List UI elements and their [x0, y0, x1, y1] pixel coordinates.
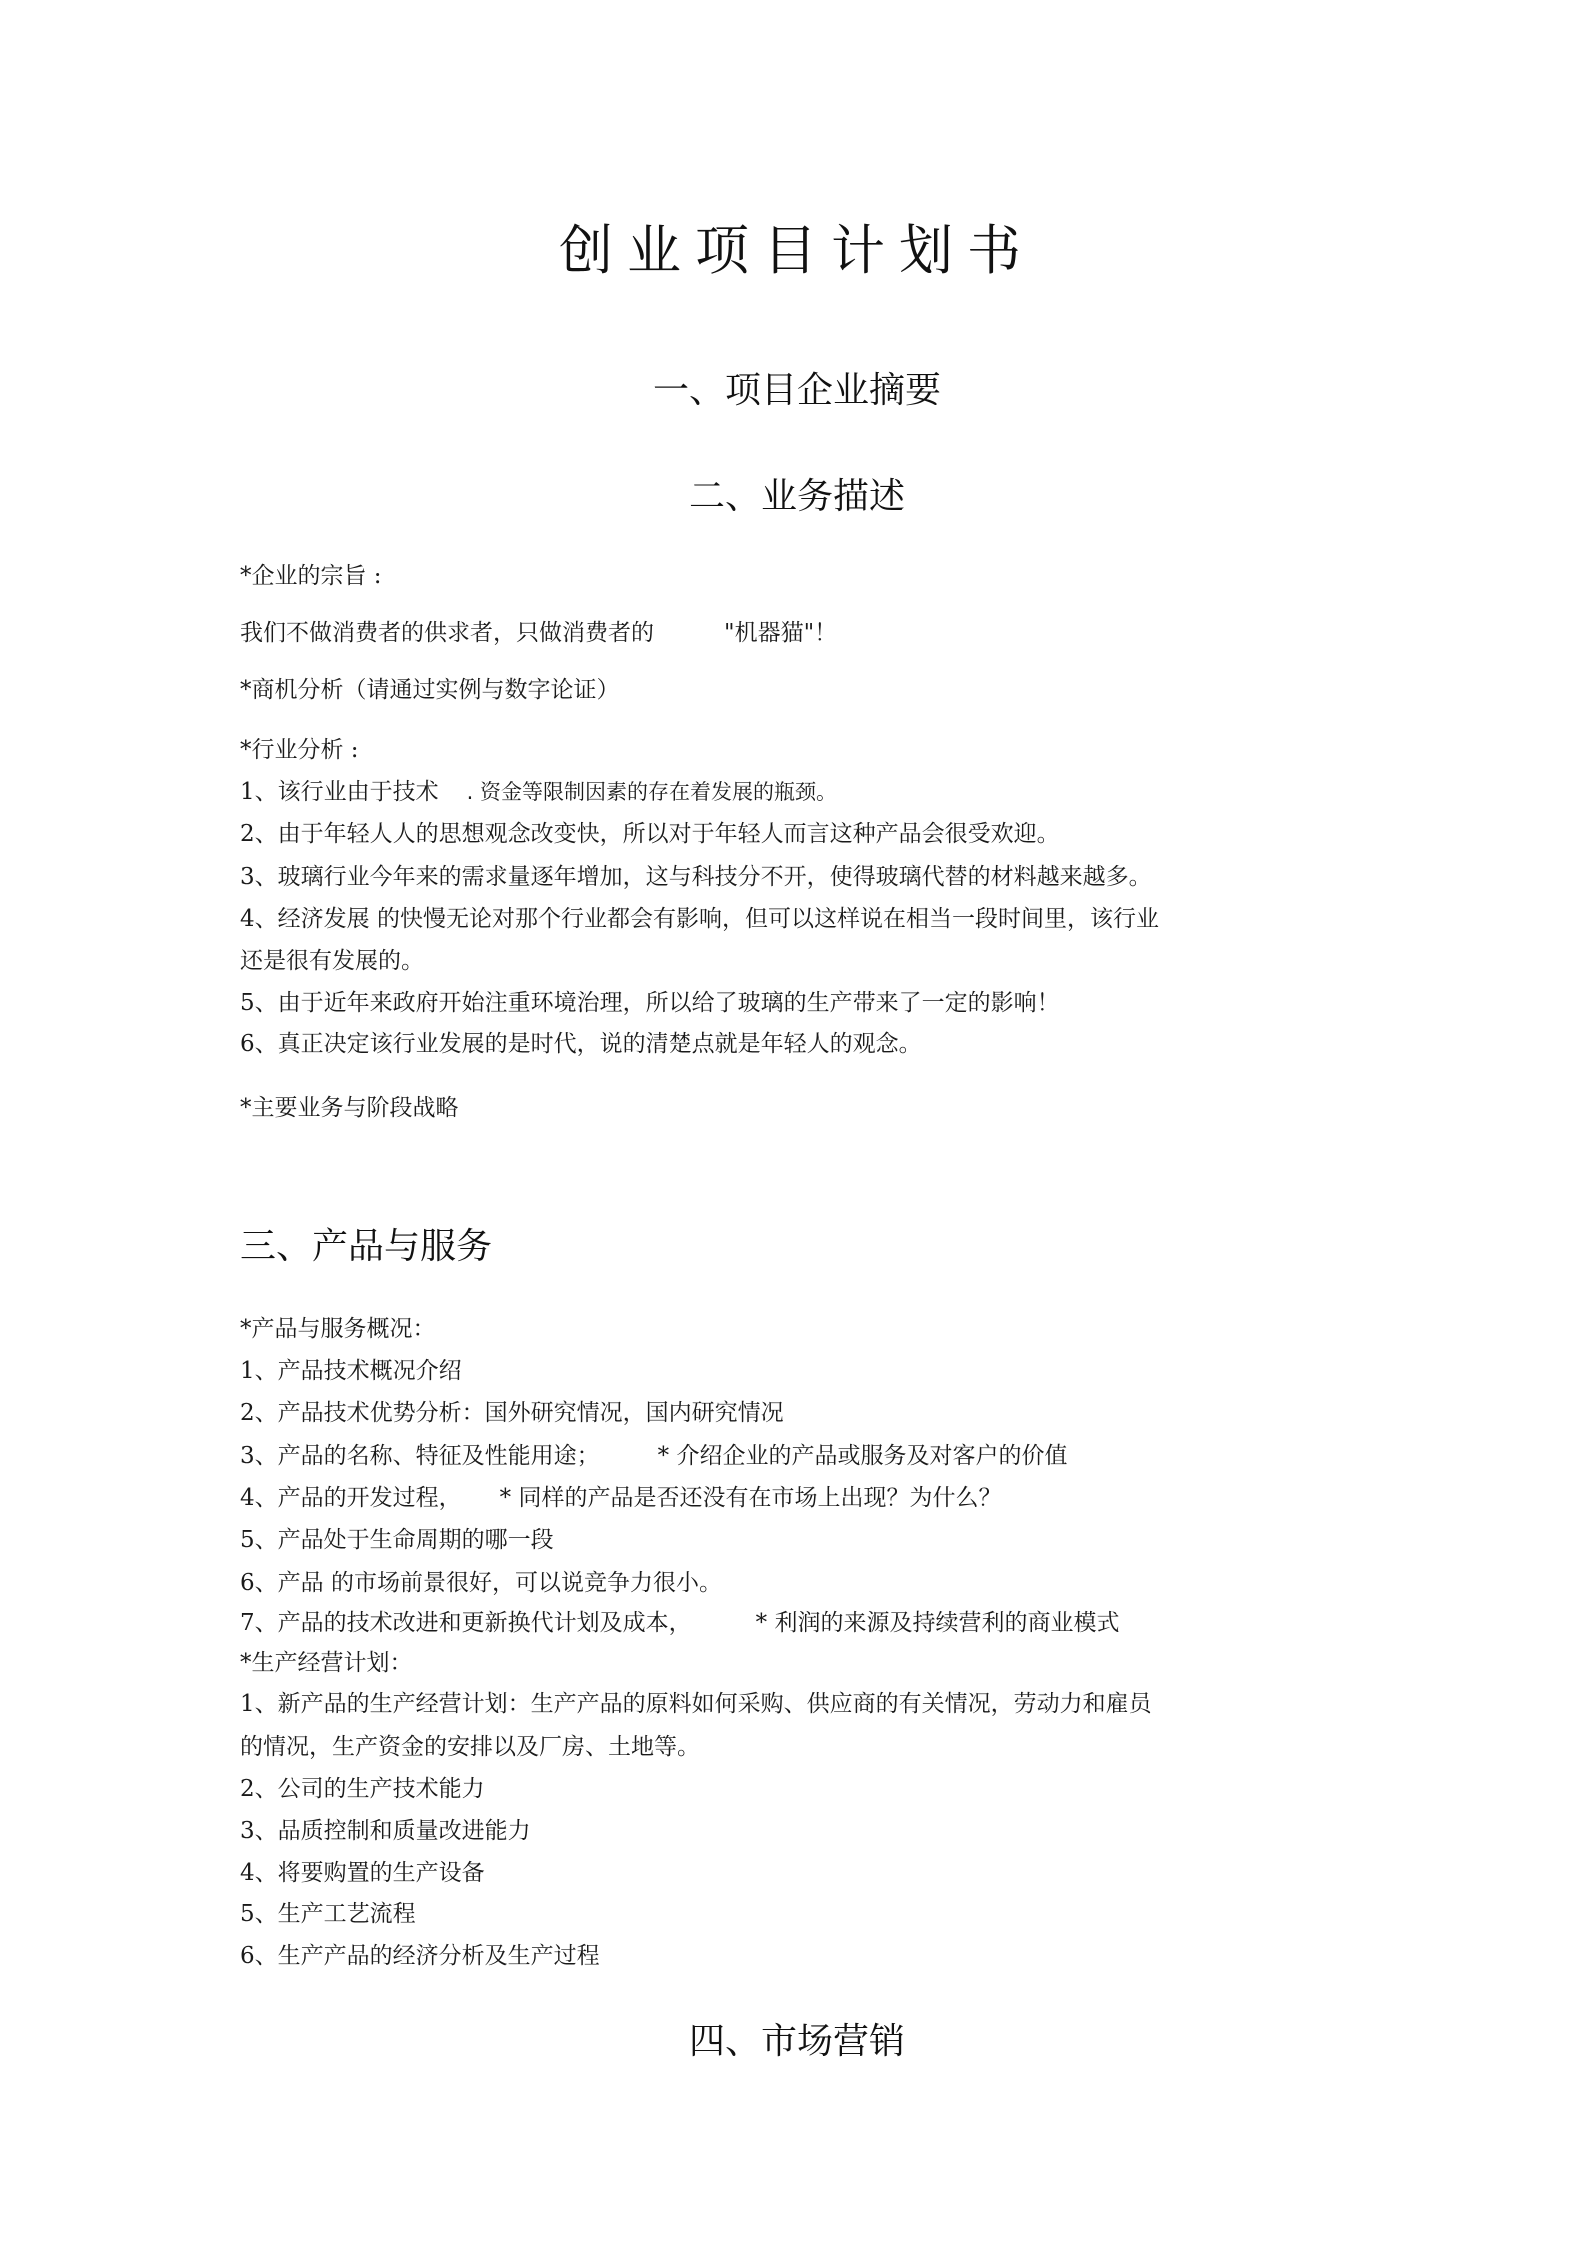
industry-item: 6、真正决定该行业发展的是时代，说的清楚点就是年轻人的观念。 — [240, 1025, 922, 1058]
document-page: 创业项目计划书 一、项目企业摘要 二、业务描述 *企业的宗旨 : 我们不做消费者… — [0, 0, 1594, 2255]
overview-item: 1、产品技术概况介绍 — [240, 1352, 462, 1385]
document-title: 创业项目计划书 — [0, 208, 1594, 285]
production-item: 5、生产工艺流程 — [240, 1895, 416, 1928]
industry-item: 2、由于年轻人人的思想观念改变快，所以对于年轻人而言这种产品会很受欢迎。 — [240, 815, 1060, 848]
production-item: 4、将要购置的生产设备 — [240, 1854, 485, 1887]
industry-label: *行业分析 : — [240, 731, 359, 764]
overview-item: 5、产品处于生命周期的哪一段 — [240, 1521, 554, 1554]
production-item: 2、公司的生产技术能力 — [240, 1770, 485, 1803]
industry-item: 5、由于近年来政府开始注重环境治理，所以给了玻璃的生产带来了一定的影响！ — [240, 984, 1060, 1017]
overview-item: 2、产品技术优势分析：国外研究情况，国内研究情况 — [240, 1394, 784, 1427]
purpose-text: 我们不做消费者的供求者，只做消费者的"机器猫"！ — [240, 614, 837, 647]
strategy-label: *主要业务与阶段战略 — [240, 1089, 459, 1122]
overview-item: 3、产品的名称、特征及性能用途；* 介绍企业的产品或服务及对客户的价值 — [240, 1437, 1067, 1470]
production-label: *生产经营计划： — [240, 1644, 413, 1677]
purpose-label: *企业的宗旨 : — [240, 557, 382, 590]
production-item: 6、生产产品的经济分析及生产过程 — [240, 1937, 600, 1970]
section-heading-products: 三、产品与服务 — [240, 1218, 492, 1269]
overview-item: 6、产品 的市场前景很好，可以说竞争力很小。 — [240, 1564, 722, 1597]
section-heading-business: 二、业务描述 — [0, 468, 1594, 519]
industry-item: 4、经济发展 的快慢无论对那个行业都会有影响，但可以这样说在相当一段时间里，该行… — [240, 900, 1159, 933]
industry-item-continuation: 还是很有发展的。 — [240, 942, 424, 975]
overview-item: 7、产品的技术改进和更新换代计划及成本，* 利润的来源及持续营利的商业模式 — [240, 1604, 1119, 1637]
overview-item: 4、产品的开发过程，* 同样的产品是否还没有在市场上出现？为什么？ — [240, 1479, 1001, 1512]
purpose-text-main: 我们不做消费者的供求者，只做消费者的 — [240, 620, 654, 646]
production-item: 3、品质控制和质量改进能力 — [240, 1812, 531, 1845]
section-heading-marketing: 四、市场营销 — [0, 2013, 1594, 2064]
purpose-text-quote: "机器猫"！ — [724, 620, 837, 646]
industry-item: 3、玻璃行业今年来的需求量逐年增加，这与科技分不开，使得玻璃代替的材料越来越多。 — [240, 858, 1152, 891]
section-heading-summary: 一、项目企业摘要 — [0, 362, 1594, 413]
opportunity-label: *商机分析（请通过实例与数字论证） — [240, 671, 620, 704]
overview-label: *产品与服务概况： — [240, 1310, 436, 1343]
production-item: 1、新产品的生产经营计划：生产产品的原料如何采购、供应商的有关情况，劳动力和雇员 — [240, 1685, 1152, 1718]
industry-item: 1、该行业由于技术. 资金等限制因素的存在着发展的瓶颈。 — [240, 773, 837, 806]
production-item-continuation: 的情况，生产资金的安排以及厂房、土地等。 — [240, 1728, 700, 1761]
